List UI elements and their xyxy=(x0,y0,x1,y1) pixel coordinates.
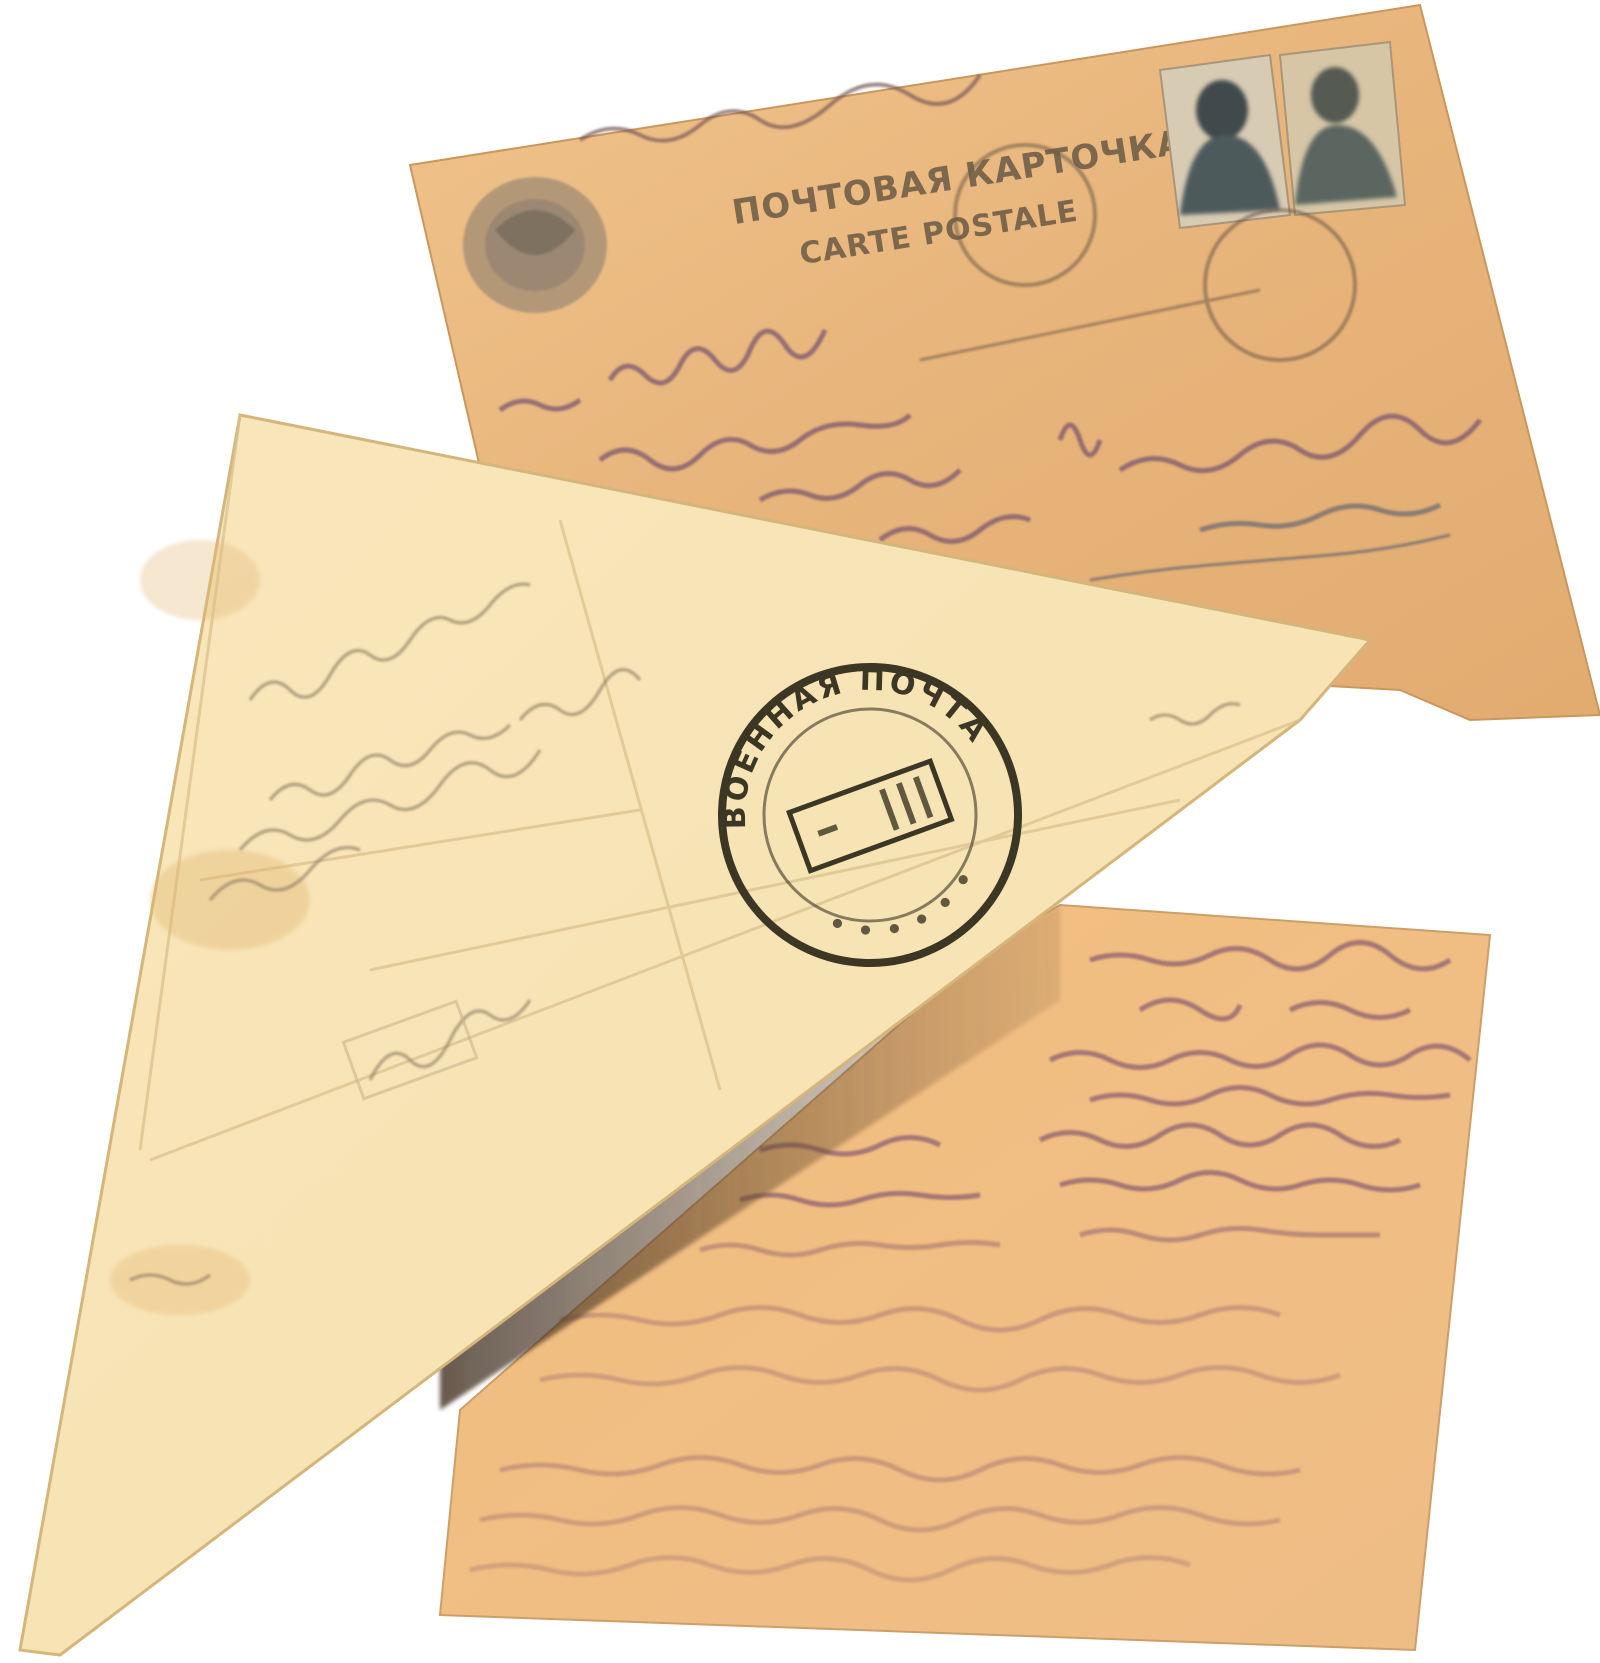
coat-of-arms-icon xyxy=(463,177,607,313)
stamp-1 xyxy=(1160,55,1290,228)
stamp-2 xyxy=(1280,42,1405,215)
letters-illustration: ПОЧТОВАЯ КАРТОЧКА CARTE POSTALE xyxy=(0,0,1600,1663)
photo-scene: ПОЧТОВАЯ КАРТОЧКА CARTE POSTALE xyxy=(0,0,1600,1663)
